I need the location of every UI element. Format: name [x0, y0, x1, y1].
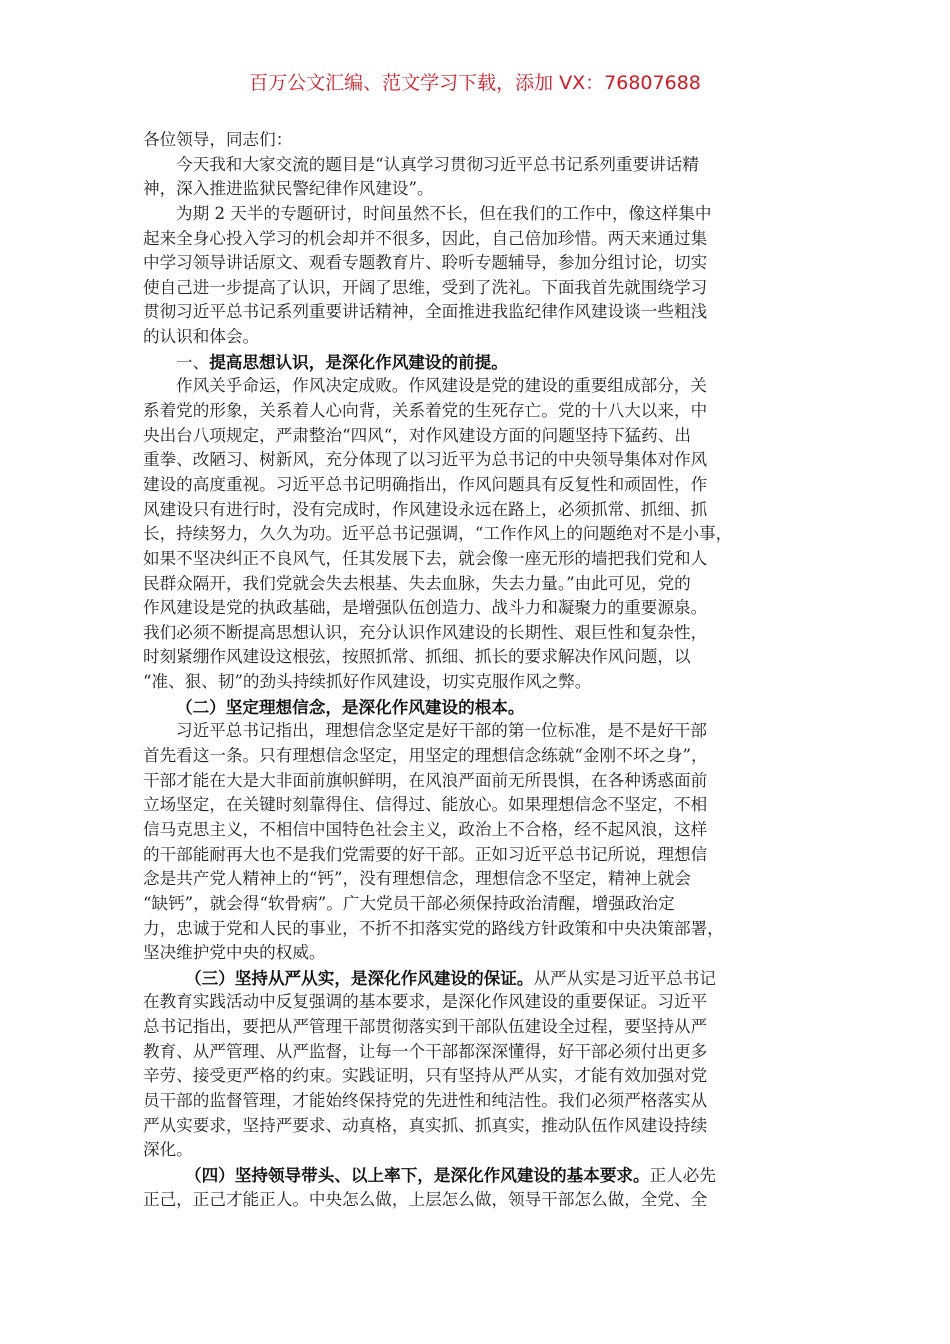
- line-text: 坚决维护党中央的权威。: [143, 943, 326, 962]
- line-text: 一、: [176, 353, 209, 372]
- text-line: 作风关乎命运，作风决定成败。作风建设是党的建设的重要组成部分，关: [143, 374, 823, 399]
- line-text: 央出台八项规定，严肃整治“四风“，对作风建设方面的问题坚持下猛药、出: [143, 426, 691, 445]
- line-text: 信马克思主义，不相信中国特色社会主义，政治上不合格，经不起风浪，这样: [143, 820, 707, 839]
- text-line: 使自己进一步提高了认识，开阔了思维，受到了洗礼。下面我首先就围绕学习: [143, 276, 823, 301]
- text-line: 长，持续努力，久久为功。近平总书记强调，“工作作风上的问题绝对不是小事，: [143, 522, 823, 547]
- text-line: 在教育实践活动中反复强调的基本要求，是深化作风建设的重要保证。习近平: [143, 990, 823, 1015]
- text-line: 建设的高度重视。习近平总书记明确指出，作风问题具有反复性和顽固性，作: [143, 473, 823, 498]
- text-line: 念是共产党人精神上的“钙”，没有理想信念，理想信念不坚定，精神上就会: [143, 867, 823, 892]
- text-line: 风建设只有进行时，没有完成时，作风建设永远在路上，必须抓常、抓细、抓: [143, 498, 823, 523]
- text-line: 习近平总书记指出，理想信念坚定是好干部的第一位标准，是不是好干部: [143, 719, 823, 744]
- text-line: “准、狠、韧”的劲头持续抓好作风建设，切实克服作风之弊。: [143, 670, 823, 695]
- line-text: 干部才能在大是大非面前旗帜鲜明，在风浪严面前无所畏惧，在各种诱惑面前: [143, 771, 707, 790]
- text-line: 总书记指出，要把从严管理干部贯彻落实到干部队伍建设全过程，要坚持从严: [143, 1015, 823, 1040]
- line-text: 员干部的监督管理，才能始终保持党的先进性和纯洁性。我们必须严格落实从: [143, 1091, 707, 1110]
- line-text: 重拳、改陋习、树新风，充分体现了以习近平为总书记的中央领导集体对作风: [143, 450, 707, 469]
- text-line: “缺钙”，就会得“软骨病”。广大党员干部必须保持政治清醒，增强政治定: [143, 892, 823, 917]
- line-text: 如果不坚决纠正不良风气，任其发展下去，就会像一座无形的墙把我们党和人: [143, 549, 707, 568]
- text-line: 正己，正己才能正人。中央怎么做，上层怎么做，领导干部怎么做，全党、全: [143, 1188, 823, 1213]
- line-text: 在教育实践活动中反复强调的基本要求，是深化作风建设的重要保证。习近平: [143, 992, 707, 1011]
- line-text: 力，忠诚于党和人民的事业，不折不扣落实党的路线方针政策和中央决策部署，: [143, 919, 724, 938]
- text-line: 教育、从严管理、从严监督，让每一个干部都深深懂得，好干部必须付出更多: [143, 1040, 823, 1065]
- line-text: 正己，正己才能正人。中央怎么做，上层怎么做，领导干部怎么做，全党、全: [143, 1190, 707, 1209]
- line-text: 的干部能耐再大也不是我们党需要的好干部。正如习近平总书记所说，理想信: [143, 845, 707, 864]
- text-line: 立场坚定，在关键时刻靠得住、信得过、能放心。如果理想信念不坚定，不相: [143, 793, 823, 818]
- line-text: 作风关乎命运，作风决定成败。作风建设是党的建设的重要组成部分，关: [176, 376, 707, 395]
- line-text: 的认识和体会。: [143, 327, 259, 346]
- line-text: 作风建设是党的执政基础，是增强队伍创造力、战斗力和凝聚力的重要源泉。: [143, 598, 707, 617]
- line-text: 念是共产党人精神上的“钙”，没有理想信念，理想信念不坚定，精神上就会: [143, 869, 691, 888]
- text-line: 重拳、改陋习、树新风，充分体现了以习近平为总书记的中央领导集体对作风: [143, 448, 823, 473]
- text-line: 力，忠诚于党和人民的事业，不折不扣落实党的路线方针政策和中央决策部署，: [143, 917, 823, 942]
- text-line: 民群众隔开，我们党就会失去根基、失去血脉，失去力量。”由此可见，党的: [143, 572, 823, 597]
- text-line: 如果不坚决纠正不良风气，任其发展下去，就会像一座无形的墙把我们党和人: [143, 547, 823, 572]
- text-line: 各位领导，同志们：: [143, 128, 823, 153]
- line-text: 系着党的形象，关系着人心向背，关系着党的生死存亡。党的十八大以来，中: [143, 401, 707, 420]
- text-line: 系着党的形象，关系着人心向背，关系着党的生死存亡。党的十八大以来，中: [143, 399, 823, 424]
- text-line: 为期 2 天半的专题研讨，时间虽然不长，但在我们的工作中，像这样集中: [143, 202, 823, 227]
- text-line: 的认识和体会。: [143, 325, 823, 350]
- line-text: 为期 2 天半的专题研讨，时间虽然不长，但在我们的工作中，像这样集中: [176, 204, 712, 223]
- line-text: 深化。: [143, 1140, 193, 1159]
- text-line: 深化。: [143, 1138, 823, 1163]
- text-line: 辛劳、接受更严格的约束。实践证明，只有坚持从严从实，才能有效加强对党: [143, 1064, 823, 1089]
- line-text: 习近平总书记指出，理想信念坚定是好干部的第一位标准，是不是好干部: [176, 721, 707, 740]
- document-body: 各位领导，同志们：今天我和大家交流的题目是“认真学习贯彻习近平总书记系列重要讲话…: [143, 128, 823, 1212]
- text-line: 贯彻习近平总书记系列重要讲话精神，全面推进我监纪律作风建设谈一些粗浅: [143, 300, 823, 325]
- heading-text: （二）坚定理想信念，是深化作风建设的根本。: [176, 697, 524, 717]
- text-line: 时刻紧绷作风建设这根弦，按照抓常、抓细、抓长的要求解决作风问题，以: [143, 645, 823, 670]
- section-heading-line: （二）坚定理想信念，是深化作风建设的根本。: [143, 695, 823, 720]
- section-heading-line: 一、提高思想认识，是深化作风建设的前提。: [143, 350, 823, 375]
- line-text: 中学习领导讲话原文、观看专题教育片、聆听专题辅导，参加分组讨论，切实: [143, 253, 707, 272]
- text-line: 员干部的监督管理，才能始终保持党的先进性和纯洁性。我们必须严格落实从: [143, 1089, 823, 1114]
- text-line: 坚决维护党中央的权威。: [143, 941, 823, 966]
- line-text: 辛劳、接受更严格的约束。实践证明，只有坚持从严从实，才能有效加强对党: [143, 1066, 707, 1085]
- line-text: 我们必须不断提高思想认识，充分认识作风建设的长期性、艰巨性和复杂性，: [143, 623, 707, 642]
- text-line: 神，深入推进监狱民警纪律作风建设”。: [143, 177, 823, 202]
- line-text: “缺钙”，就会得“软骨病”。广大党员干部必须保持政治清醒，增强政治定: [143, 894, 675, 913]
- text-line: 央出台八项规定，严肃整治“四风“，对作风建设方面的问题坚持下猛药、出: [143, 424, 823, 449]
- line-text: 教育、从严管理、从严监督，让每一个干部都深深懂得，好干部必须付出更多: [143, 1042, 707, 1061]
- text-line: 中学习领导讲话原文、观看专题教育片、聆听专题辅导，参加分组讨论，切实: [143, 251, 823, 276]
- heading-text: （四）坚持领导带头、以上率下，是深化作风建设的基本要求。: [185, 1165, 650, 1185]
- text-line: 作风建设是党的执政基础，是增强队伍创造力、战斗力和凝聚力的重要源泉。: [143, 596, 823, 621]
- line-text: 长，持续努力，久久为功。近平总书记强调，“工作作风上的问题绝对不是小事，: [143, 524, 732, 543]
- line-text: 贯彻习近平总书记系列重要讲话精神，全面推进我监纪律作风建设谈一些粗浅: [143, 302, 707, 321]
- text-line: 干部才能在大是大非面前旗帜鲜明，在风浪严面前无所畏惧，在各种诱惑面前: [143, 769, 823, 794]
- section-heading-line: （四）坚持领导带头、以上率下，是深化作风建设的基本要求。正人必先: [143, 1163, 823, 1188]
- line-text: 立场坚定，在关键时刻靠得住、信得过、能放心。如果理想信念不坚定，不相: [143, 795, 707, 814]
- line-text: 起来全身心投入学习的机会却并不很多，因此，自己倍加珍惜。两天来通过集: [143, 229, 707, 248]
- line-text: 严从实要求，坚持严要求、动真格，真实抓、抓真实，推动队伍作风建设持续: [143, 1116, 707, 1135]
- text-line: 信马克思主义，不相信中国特色社会主义，政治上不合格，经不起风浪，这样: [143, 818, 823, 843]
- download-banner: 百万公文汇编、范文学习下载，添加 VX：76807688: [0, 68, 950, 95]
- line-text: 总书记指出，要把从严管理干部贯彻落实到干部队伍建设全过程，要坚持从严: [143, 1017, 707, 1036]
- section-heading-line: （三）坚持从严从实，是深化作风建设的保证。从严从实是习近平总书记: [143, 966, 823, 991]
- line-text: “准、狠、韧”的劲头持续抓好作风建设，切实克服作风之弊。: [143, 672, 591, 691]
- text-line: 严从实要求，坚持严要求、动真格，真实抓、抓真实，推动队伍作风建设持续: [143, 1114, 823, 1139]
- line-text: 今天我和大家交流的题目是“认真学习贯彻习近平总书记系列重要讲话精: [176, 155, 699, 174]
- text-line: 起来全身心投入学习的机会却并不很多，因此，自己倍加珍惜。两天来通过集: [143, 227, 823, 252]
- line-text: 各位领导，同志们：: [143, 130, 292, 149]
- line-text: 建设的高度重视。习近平总书记明确指出，作风问题具有反复性和顽固性，作: [143, 475, 707, 494]
- line-text: 民群众隔开，我们党就会失去根基、失去血脉，失去力量。”由此可见，党的: [143, 574, 691, 593]
- line-text: 风建设只有进行时，没有完成时，作风建设永远在路上，必须抓常、抓细、抓: [143, 500, 707, 519]
- line-text: 神，深入推进监狱民警纪律作风建设”。: [143, 179, 434, 198]
- line-text: 从严从实是习近平总书记: [533, 969, 716, 988]
- heading-text: （三）坚持从严从实，是深化作风建设的保证。: [185, 968, 533, 988]
- text-line: 首先看这一条。只有理想信念坚定，用坚定的理想信念练就“金刚不坏之身”，: [143, 744, 823, 769]
- line-text: 首先看这一条。只有理想信念坚定，用坚定的理想信念练就“金刚不坏之身”，: [143, 746, 708, 765]
- line-text: 时刻紧绷作风建设这根弦，按照抓常、抓细、抓长的要求解决作风问题，以: [143, 647, 691, 666]
- text-line: 我们必须不断提高思想认识，充分认识作风建设的长期性、艰巨性和复杂性，: [143, 621, 823, 646]
- text-line: 的干部能耐再大也不是我们党需要的好干部。正如习近平总书记所说，理想信: [143, 843, 823, 868]
- line-text: 正人必先: [650, 1166, 716, 1185]
- heading-text: 提高思想认识，是深化作风建设的前提。: [209, 352, 508, 372]
- text-line: 今天我和大家交流的题目是“认真学习贯彻习近平总书记系列重要讲话精: [143, 153, 823, 178]
- line-text: 使自己进一步提高了认识，开阔了思维，受到了洗礼。下面我首先就围绕学习: [143, 278, 707, 297]
